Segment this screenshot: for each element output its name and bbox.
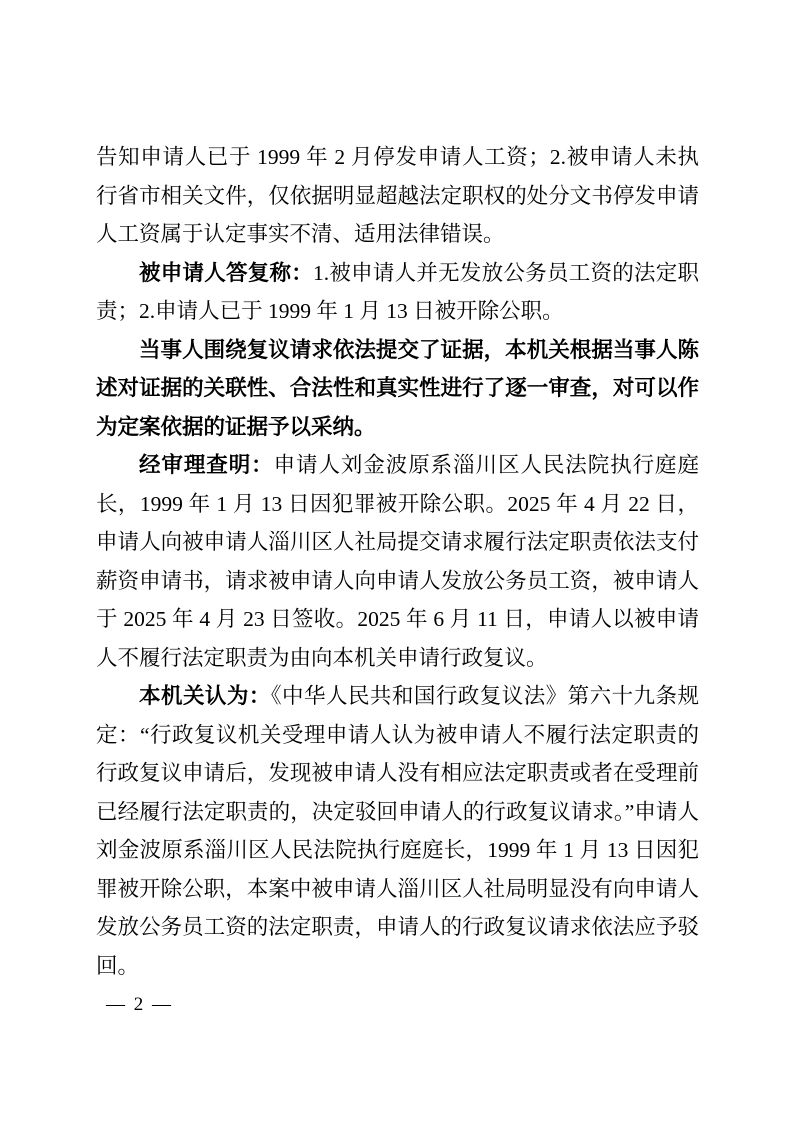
paragraph-segment: 本机关认为： bbox=[139, 684, 271, 708]
document-body: 告知申请人已于 1999 年 2 月停发申请人工资；2.被申请人未执行省市相关文… bbox=[96, 138, 699, 985]
paragraph-segment: 被申请人答复称： bbox=[139, 261, 313, 285]
paragraph-segment: 申请人刘金波原系淄川区人民法院执行庭庭长，1999 年 1 月 13 日因犯罪被… bbox=[96, 453, 699, 670]
paragraph: 本机关认为：《中华人民共和国行政复议法》第六十九条规定：“行政复议机关受理申请人… bbox=[96, 677, 699, 985]
page-number: — 2 — bbox=[106, 992, 173, 1018]
paragraph: 告知申请人已于 1999 年 2 月停发申请人工资；2.被申请人未执行省市相关文… bbox=[96, 138, 699, 254]
paragraph-segment: 经审理查明： bbox=[139, 453, 274, 477]
document-page: 告知申请人已于 1999 年 2 月停发申请人工资；2.被申请人未执行省市相关文… bbox=[0, 0, 794, 1123]
paragraph: 当事人围绕复议请求依法提交了证据，本机关根据当事人陈述对证据的关联性、合法性和真… bbox=[96, 331, 699, 447]
paragraph-segment: 当事人围绕复议请求依法提交了证据，本机关根据当事人陈述对证据的关联性、合法性和真… bbox=[96, 338, 699, 439]
paragraph: 被申请人答复称：1.被申请人并无发放公务员工资的法定职责；2.申请人已于 199… bbox=[96, 254, 699, 331]
paragraph-segment: 告知申请人已于 1999 年 2 月停发申请人工资；2.被申请人未执行省市相关文… bbox=[96, 145, 699, 246]
paragraph-segment: 《中华人民共和国行政复议法》第六十九条规定：“行政复议机关受理申请人认为被申请人… bbox=[96, 684, 699, 978]
paragraph: 经审理查明：申请人刘金波原系淄川区人民法院执行庭庭长，1999 年 1 月 13… bbox=[96, 446, 699, 677]
